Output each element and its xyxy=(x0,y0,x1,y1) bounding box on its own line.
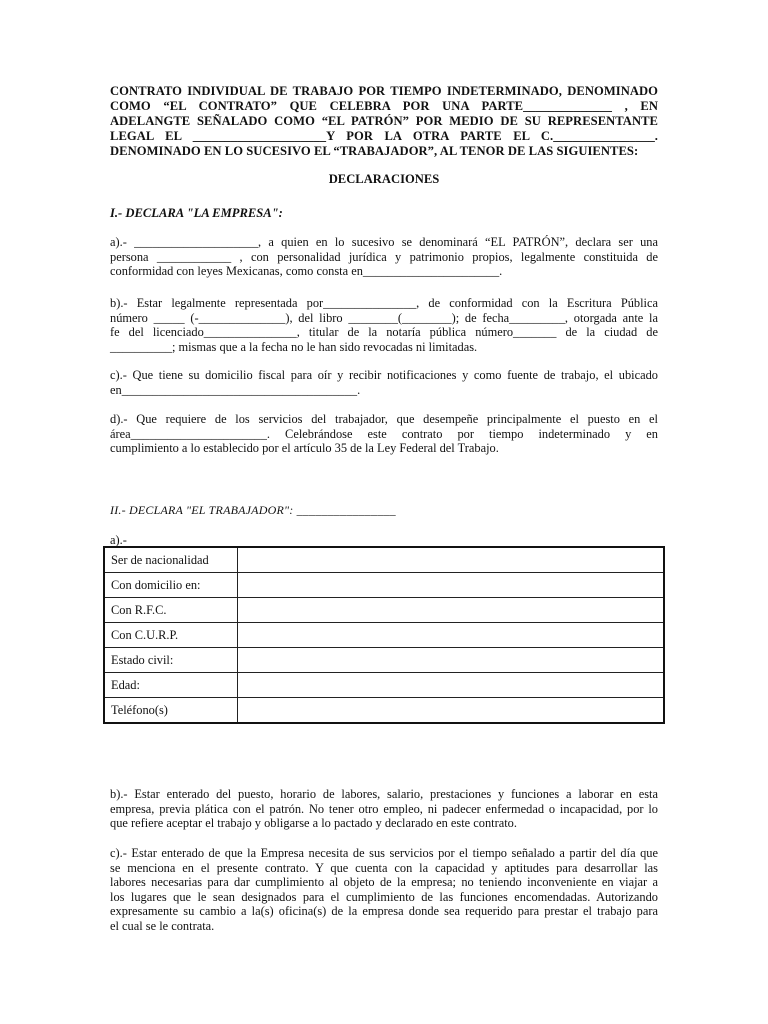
table-row: Con R.F.C. xyxy=(104,598,664,623)
table-row: Con domicilio en: xyxy=(104,573,664,598)
field-value[interactable] xyxy=(238,573,665,598)
section-1-clause-a: a).- ____________________, a quien en lo… xyxy=(110,235,658,279)
field-label: Estado civil: xyxy=(104,648,238,673)
clause-line: fe del licenciado_______________, titula… xyxy=(110,325,658,340)
field-label: Con C.U.R.P. xyxy=(104,623,238,648)
clause-line: c).- Estar enterado de que la Empresa ne… xyxy=(110,846,658,861)
clause-line: expresamente su cambio a la(s) oficina(s… xyxy=(110,904,658,919)
clause-line: número _____ (-______________), del libr… xyxy=(110,311,658,326)
clause-line: en______________________________________… xyxy=(110,383,658,398)
field-value[interactable] xyxy=(238,598,665,623)
worker-info-table: Ser de nacionalidadCon domicilio en:Con … xyxy=(103,546,665,724)
field-label: Edad: xyxy=(104,673,238,698)
table-row: Estado civil: xyxy=(104,648,664,673)
title-line: DENOMINADO EN LO SUCESIVO EL “TRABAJADOR… xyxy=(110,144,658,159)
clause-line: persona ____________ , con personalidad … xyxy=(110,250,658,265)
title-line: LEGAL EL _____________________Y POR LA O… xyxy=(110,129,658,144)
contract-title: CONTRATO INDIVIDUAL DE TRABAJO POR TIEMP… xyxy=(110,84,658,159)
clause-line: c).- Que tiene su domicilio fiscal para … xyxy=(110,368,658,383)
section-1-clause-b: b).- Estar legalmente representada por__… xyxy=(110,296,658,354)
table-row: Con C.U.R.P. xyxy=(104,623,664,648)
clause-line: empresa, previa plática con el patrón. N… xyxy=(110,802,658,817)
field-value[interactable] xyxy=(238,648,665,673)
table-row: Teléfono(s) xyxy=(104,698,664,724)
field-label: Con domicilio en: xyxy=(104,573,238,598)
clause-line: a).- ____________________, a quien en lo… xyxy=(110,235,658,250)
clause-line: el cual se le contrata. xyxy=(110,919,658,934)
table-row: Edad: xyxy=(104,673,664,698)
clause-line: b).- Estar enterado del puesto, horario … xyxy=(110,787,658,802)
section-1-clause-c: c).- Que tiene su domicilio fiscal para … xyxy=(110,368,658,397)
field-value[interactable] xyxy=(238,547,665,573)
title-line: ADELANGTE SEÑALADO COMO “EL PATRÓN” POR … xyxy=(110,114,658,129)
field-label: Ser de nacionalidad xyxy=(104,547,238,573)
document-page: CONTRATO INDIVIDUAL DE TRABAJO POR TIEMP… xyxy=(0,0,768,1024)
title-line: COMO “EL CONTRATO” QUE CELEBRA POR UNA P… xyxy=(110,99,658,114)
section-2-clause-c: c).- Estar enterado de que la Empresa ne… xyxy=(110,846,658,934)
clause-line: conformidad con leyes Mexicanas, como co… xyxy=(110,264,658,279)
clause-line: cumplimiento a lo establecido por el art… xyxy=(110,441,658,456)
field-label: Teléfono(s) xyxy=(104,698,238,724)
clause-line: __________; mismas que a la fecha no le … xyxy=(110,340,658,355)
section-2-heading: II.- DECLARA "EL TRABAJADOR": __________… xyxy=(110,503,396,518)
clause-line: área______________________. Celebrándose… xyxy=(110,427,658,442)
clause-line: b).- Estar legalmente representada por__… xyxy=(110,296,658,311)
clause-line: que refiere aceptar el trabajo y obligar… xyxy=(110,816,658,831)
section-1-clause-d: d).- Que requiere de los servicios del t… xyxy=(110,412,658,456)
clause-line: se menciona en el presente contrato. Y q… xyxy=(110,861,658,876)
clause-line: d).- Que requiere de los servicios del t… xyxy=(110,412,658,427)
field-value[interactable] xyxy=(238,623,665,648)
field-value[interactable] xyxy=(238,673,665,698)
section-2-clause-b: b).- Estar enterado del puesto, horario … xyxy=(110,787,658,831)
title-line: CONTRATO INDIVIDUAL DE TRABAJO POR TIEMP… xyxy=(110,84,658,99)
field-label: Con R.F.C. xyxy=(104,598,238,623)
section-1-heading: I.- DECLARA "LA EMPRESA": xyxy=(110,206,283,221)
field-value[interactable] xyxy=(238,698,665,724)
clause-line: labores necesarias para dar cumplimiento… xyxy=(110,875,658,890)
declaraciones-heading: DECLARACIONES xyxy=(110,172,658,187)
table-row: Ser de nacionalidad xyxy=(104,547,664,573)
clause-line: los lugares que le sean designados para … xyxy=(110,890,658,905)
